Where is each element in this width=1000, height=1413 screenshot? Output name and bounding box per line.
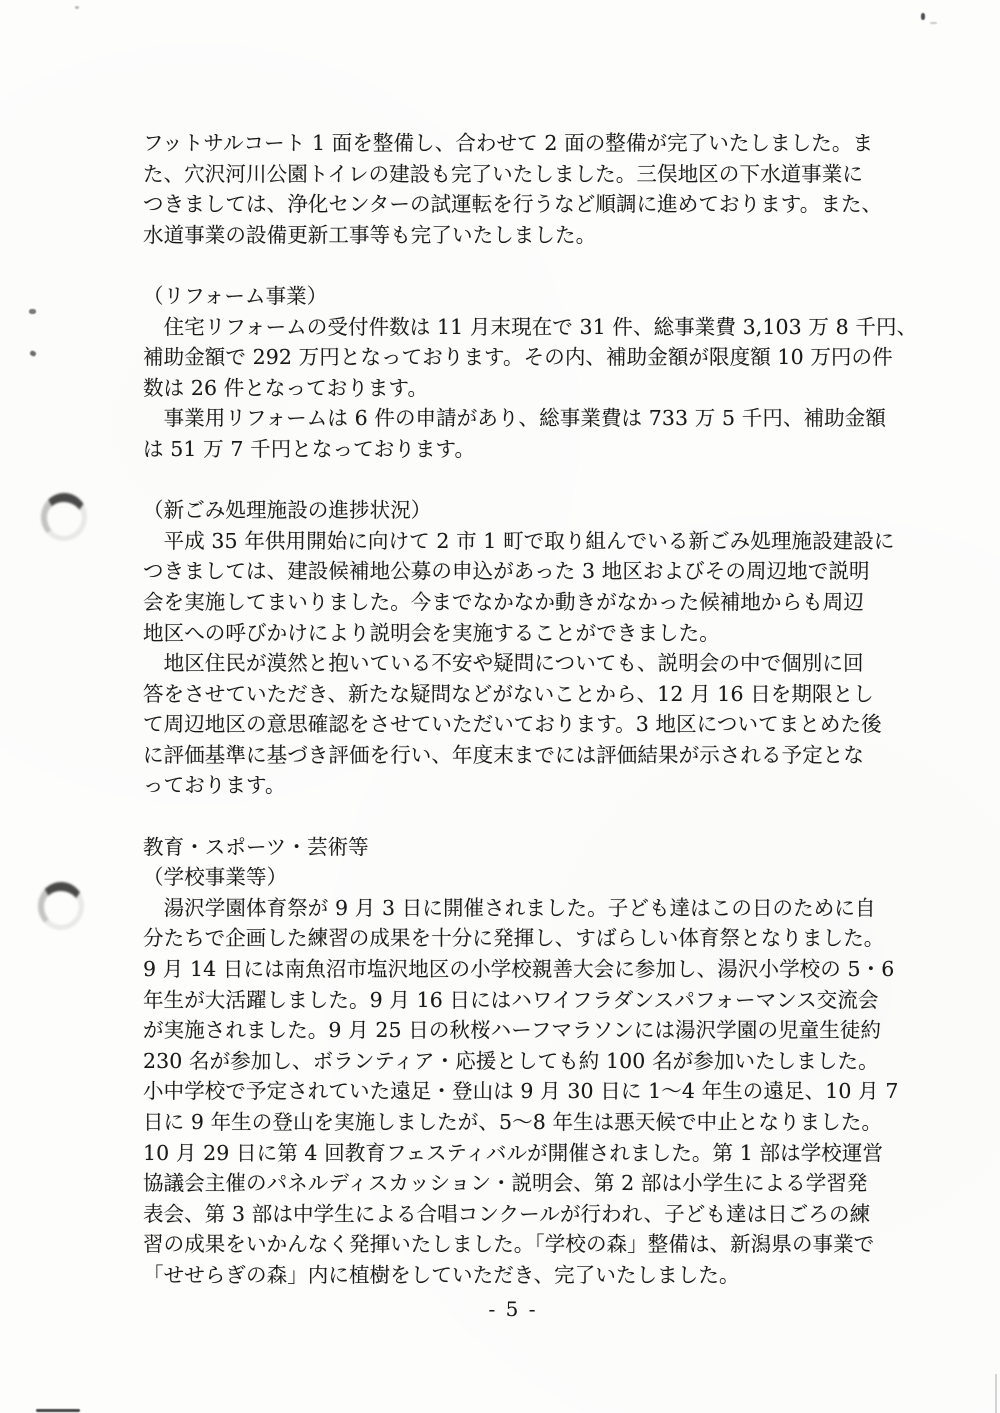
text-line: 住宅リフォームの受付件数は 11 月末現在で 31 件、総事業費 3,103 万… — [143, 312, 883, 343]
scan-speck — [29, 309, 36, 314]
punch-hole-mark — [39, 491, 90, 544]
heading-reform: （リフォーム事業） — [143, 281, 883, 312]
text-line: 表会、第 3 部は中学生による合唱コンクールが行われ、子ども達は日ごろの練 — [143, 1199, 883, 1230]
text-line: （リフォーム事業） — [143, 281, 883, 312]
scan-speck — [930, 22, 937, 24]
paragraph-school-events: 湯沢学園体育祭が 9 月 3 日に開催されました。子ども達はこの日のために自分た… — [143, 893, 883, 1291]
section-title-education: 教育・スポーツ・芸術等 — [143, 832, 883, 863]
text-line: 水道事業の設備更新工事等も完了いたしました。 — [143, 220, 883, 251]
text-line: つきましては、浄化センターの試運転を行うなど順調に進めております。また、 — [143, 189, 883, 220]
text-line: （新ごみ処理施設の進捗状況） — [143, 495, 883, 526]
text-line: フットサルコート 1 面を整備し、合わせて 2 面の整備が完了いたしました。ま — [143, 128, 883, 159]
paragraph-infrastructure: フットサルコート 1 面を整備し、合わせて 2 面の整備が完了いたしました。また… — [143, 128, 883, 250]
paragraph-gap — [143, 801, 883, 832]
scan-speck — [75, 6, 79, 9]
paragraph-business-reform: 事業用リフォームは 6 件の申請があり、総事業費は 733 万 5 千円、補助金… — [143, 403, 883, 464]
text-line: （学校事業等） — [143, 862, 883, 893]
text-line: 教育・スポーツ・芸術等 — [143, 832, 883, 863]
text-line: 数は 26 件となっております。 — [143, 373, 883, 404]
text-line: 小中学校で予定されていた遠足・登山は 9 月 30 日に 1〜4 年生の遠足、1… — [143, 1076, 883, 1107]
text-line: 答をさせていただき、新たな疑問などがないことから、12 月 16 日を期限とし — [143, 679, 883, 710]
scan-speck — [29, 350, 37, 357]
text-line: 習の成果をいかんなく発揮いたしました。「学校の森」整備は、新潟県の事業で — [143, 1229, 883, 1260]
text-line: 10 月 29 日に第 4 回教育フェスティバルが開催されました。第 1 部は学… — [143, 1138, 883, 1169]
text-line: 230 名が参加し、ボランティア・応援としても約 100 名が参加いたしました。 — [143, 1046, 883, 1077]
paragraph-housing-reform: 住宅リフォームの受付件数は 11 月末現在で 31 件、総事業費 3,103 万… — [143, 312, 883, 404]
paragraph-gap — [143, 465, 883, 496]
paragraph-waste-facility-2: 地区住民が漠然と抱いている不安や疑問についても、説明会の中で個別に回答をさせてい… — [143, 648, 883, 801]
text-line: 9 月 14 日には南魚沼市塩沢地区の小学校親善大会に参加し、湯沢小学校の 5・… — [143, 954, 883, 985]
text-line: 事業用リフォームは 6 件の申請があり、総事業費は 733 万 5 千円、補助金… — [143, 403, 883, 434]
text-line: て周辺地区の意思確認をさせていただいております。3 地区についてまとめた後 — [143, 709, 883, 740]
document-body: フットサルコート 1 面を整備し、合わせて 2 面の整備が完了いたしました。また… — [143, 128, 883, 1291]
punch-hole-mark — [36, 880, 85, 931]
scan-speck — [921, 13, 925, 20]
text-line: 補助金額で 292 万円となっております。その内、補助金額が限度額 10 万円の… — [143, 342, 883, 373]
paragraph-waste-facility-1: 平成 35 年供用開始に向けて 2 市 1 町で取り組んでいる新ごみ処理施設建設… — [143, 526, 883, 648]
text-line: 地区住民が漠然と抱いている不安や疑問についても、説明会の中で個別に回 — [143, 648, 883, 679]
text-line: つきましては、建設候補地公募の申込があった 3 地区およびその周辺地で説明 — [143, 556, 883, 587]
heading-waste-facility: （新ごみ処理施設の進捗状況） — [143, 495, 883, 526]
page-number: - 5 - — [143, 1297, 883, 1321]
text-line: 地区への呼びかけにより説明会を実施することができました。 — [143, 618, 883, 649]
scanned-report-page: フットサルコート 1 面を整備し、合わせて 2 面の整備が完了いたしました。また… — [0, 0, 1000, 1413]
paragraph-gap — [143, 250, 883, 281]
text-line: は 51 万 7 千円となっております。 — [143, 434, 883, 465]
text-line: 「せせらぎの森」内に植樹をしていただき、完了いたしました。 — [143, 1260, 883, 1291]
text-line: っております。 — [143, 770, 883, 801]
text-line: た、穴沢河川公園トイレの建設も完了いたしました。三俣地区の下水道事業に — [143, 159, 883, 190]
text-line: 年生が大活躍しました。9 月 16 日にはハワイフラダンスパフォーマンス交流会 — [143, 985, 883, 1016]
text-line: 分たちで企画した練習の成果を十分に発揮し、すばらしい体育祭となりました。 — [143, 923, 883, 954]
scan-edge-shadow — [995, 1374, 997, 1413]
text-line: 会を実施してまいりました。今までなかなか動きがなかった候補地からも周辺 — [143, 587, 883, 618]
scan-edge-mark — [36, 1409, 80, 1412]
text-line: 平成 35 年供用開始に向けて 2 市 1 町で取り組んでいる新ごみ処理施設建設… — [143, 526, 883, 557]
text-line: が実施されました。9 月 25 日の秋桜ハーフマラソンには湯沢学園の児童生徒約 — [143, 1015, 883, 1046]
text-line: 協議会主催のパネルディスカッション・説明会、第 2 部は小学生による学習発 — [143, 1168, 883, 1199]
text-line: 湯沢学園体育祭が 9 月 3 日に開催されました。子ども達はこの日のために自 — [143, 893, 883, 924]
heading-school: （学校事業等） — [143, 862, 883, 893]
text-line: 日に 9 年生の登山を実施しましたが、5〜8 年生は悪天候で中止となりました。 — [143, 1107, 883, 1138]
text-line: に評価基準に基づき評価を行い、年度末までには評価結果が示される予定とな — [143, 740, 883, 771]
